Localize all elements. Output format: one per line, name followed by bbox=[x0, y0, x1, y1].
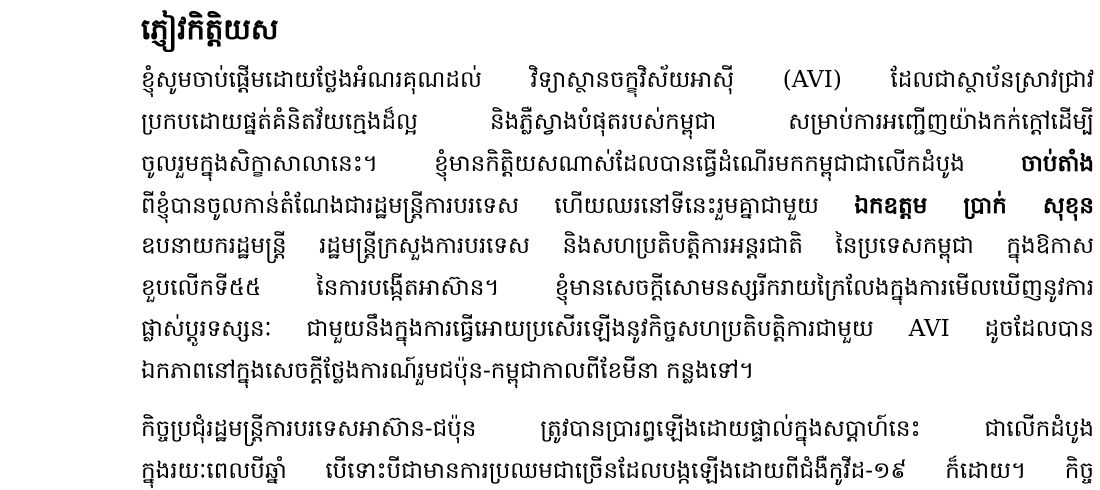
bold-text-run: ចាប់តាំង bbox=[1021, 150, 1094, 177]
paragraph: ខ្ញុំសូមចាប់ផ្តើមដោយថ្លែងអំណរគុណដល់ វិទ្… bbox=[141, 60, 1094, 392]
bold-text-run: ឯកឧត្តម ប្រាក់ សុខុន bbox=[854, 192, 1094, 219]
text-line: ក្នុងរយៈពេលបីឆ្នាំ បើទោះបីជាមានការប្រឈមជ… bbox=[141, 451, 1094, 490]
text-run: ផ្លាស់ប្តូរទស្សនៈ ជាមួយនឹងក្នុងការធ្វើអោ… bbox=[141, 316, 1094, 342]
page: { "page": { "background": "#ffffff", "te… bbox=[0, 0, 1100, 490]
text-run: ខ្ញុំសូមចាប់ផ្តើមដោយថ្លែងអំណរគុណដល់ វិទ្… bbox=[141, 67, 1094, 93]
document-title: ភ្ញៀវកិត្តិយស bbox=[141, 6, 1094, 52]
document-body: ខ្ញុំសូមចាប់ផ្តើមដោយថ្លែងអំណរគុណដល់ វិទ្… bbox=[141, 60, 1094, 490]
text-line: ចូលរួមក្នុងសិក្ខាសាលានេះ។ ខ្ញុំមានកិត្តិ… bbox=[141, 143, 1094, 185]
text-run: ចូលរួមក្នុងសិក្ខាសាលានេះ។ ខ្ញុំមានកិត្តិ… bbox=[141, 151, 1021, 177]
text-run: ឯកភាពនៅក្នុងសេចក្តីថ្លែងការណ៍រួមជប៉ុន-កម… bbox=[141, 358, 754, 384]
paragraph: កិច្ចប្រជុំរដ្ឋមន្ត្រីការបរទេសអាស៊ាន-ជប៉… bbox=[141, 409, 1094, 490]
text-line: ឧបនាយករដ្ឋមន្ត្រី រដ្ឋមន្ត្រីក្រសួងការបរ… bbox=[141, 226, 1094, 268]
document-page: ភ្ញៀវកិត្តិយស ខ្ញុំសូមចាប់ផ្តើមដោយថ្លែងអ… bbox=[0, 0, 1100, 490]
text-line: ខួបលើកទី៥៥ នៃការបង្កើតអាស៊ាន។ ខ្ញុំមានសេ… bbox=[141, 268, 1094, 310]
text-run: ក្នុងរយៈពេលបីឆ្នាំ បើទោះបីជាមានការប្រឈមជ… bbox=[141, 458, 1094, 484]
text-run: ឧបនាយករដ្ឋមន្ត្រី រដ្ឋមន្ត្រីក្រសួងការបរ… bbox=[141, 233, 1094, 259]
text-run: កិច្ចប្រជុំរដ្ឋមន្ត្រីការបរទេសអាស៊ាន-ជប៉… bbox=[141, 416, 1094, 442]
text-run: ខួបលើកទី៥៥ នៃការបង្កើតអាស៊ាន។ ខ្ញុំមានសេ… bbox=[141, 275, 1094, 301]
text-line: កិច្ចប្រជុំរដ្ឋមន្ត្រីការបរទេសអាស៊ាន-ជប៉… bbox=[141, 409, 1094, 451]
text-line: ផ្លាស់ប្តូរទស្សនៈ ជាមួយនឹងក្នុងការធ្វើអោ… bbox=[141, 309, 1094, 351]
text-line: ពីខ្ញុំបានចូលកាន់តំណែងជារដ្ឋមន្ត្រីការបរ… bbox=[141, 185, 1094, 227]
text-line: ខ្ញុំសូមចាប់ផ្តើមដោយថ្លែងអំណរគុណដល់ វិទ្… bbox=[141, 60, 1094, 102]
text-run: ពីខ្ញុំបានចូលកាន់តំណែងជារដ្ឋមន្ត្រីការបរ… bbox=[141, 193, 854, 219]
text-line: ឯកភាពនៅក្នុងសេចក្តីថ្លែងការណ៍រួមជប៉ុន-កម… bbox=[141, 351, 1094, 393]
text-line: ប្រកបដោយផ្នត់គំនិតវ័យក្មេងដ៏ល្អ និងភ្លឺស… bbox=[141, 102, 1094, 144]
text-run: ប្រកបដោយផ្នត់គំនិតវ័យក្មេងដ៏ល្អ និងភ្លឺស… bbox=[141, 109, 1094, 135]
